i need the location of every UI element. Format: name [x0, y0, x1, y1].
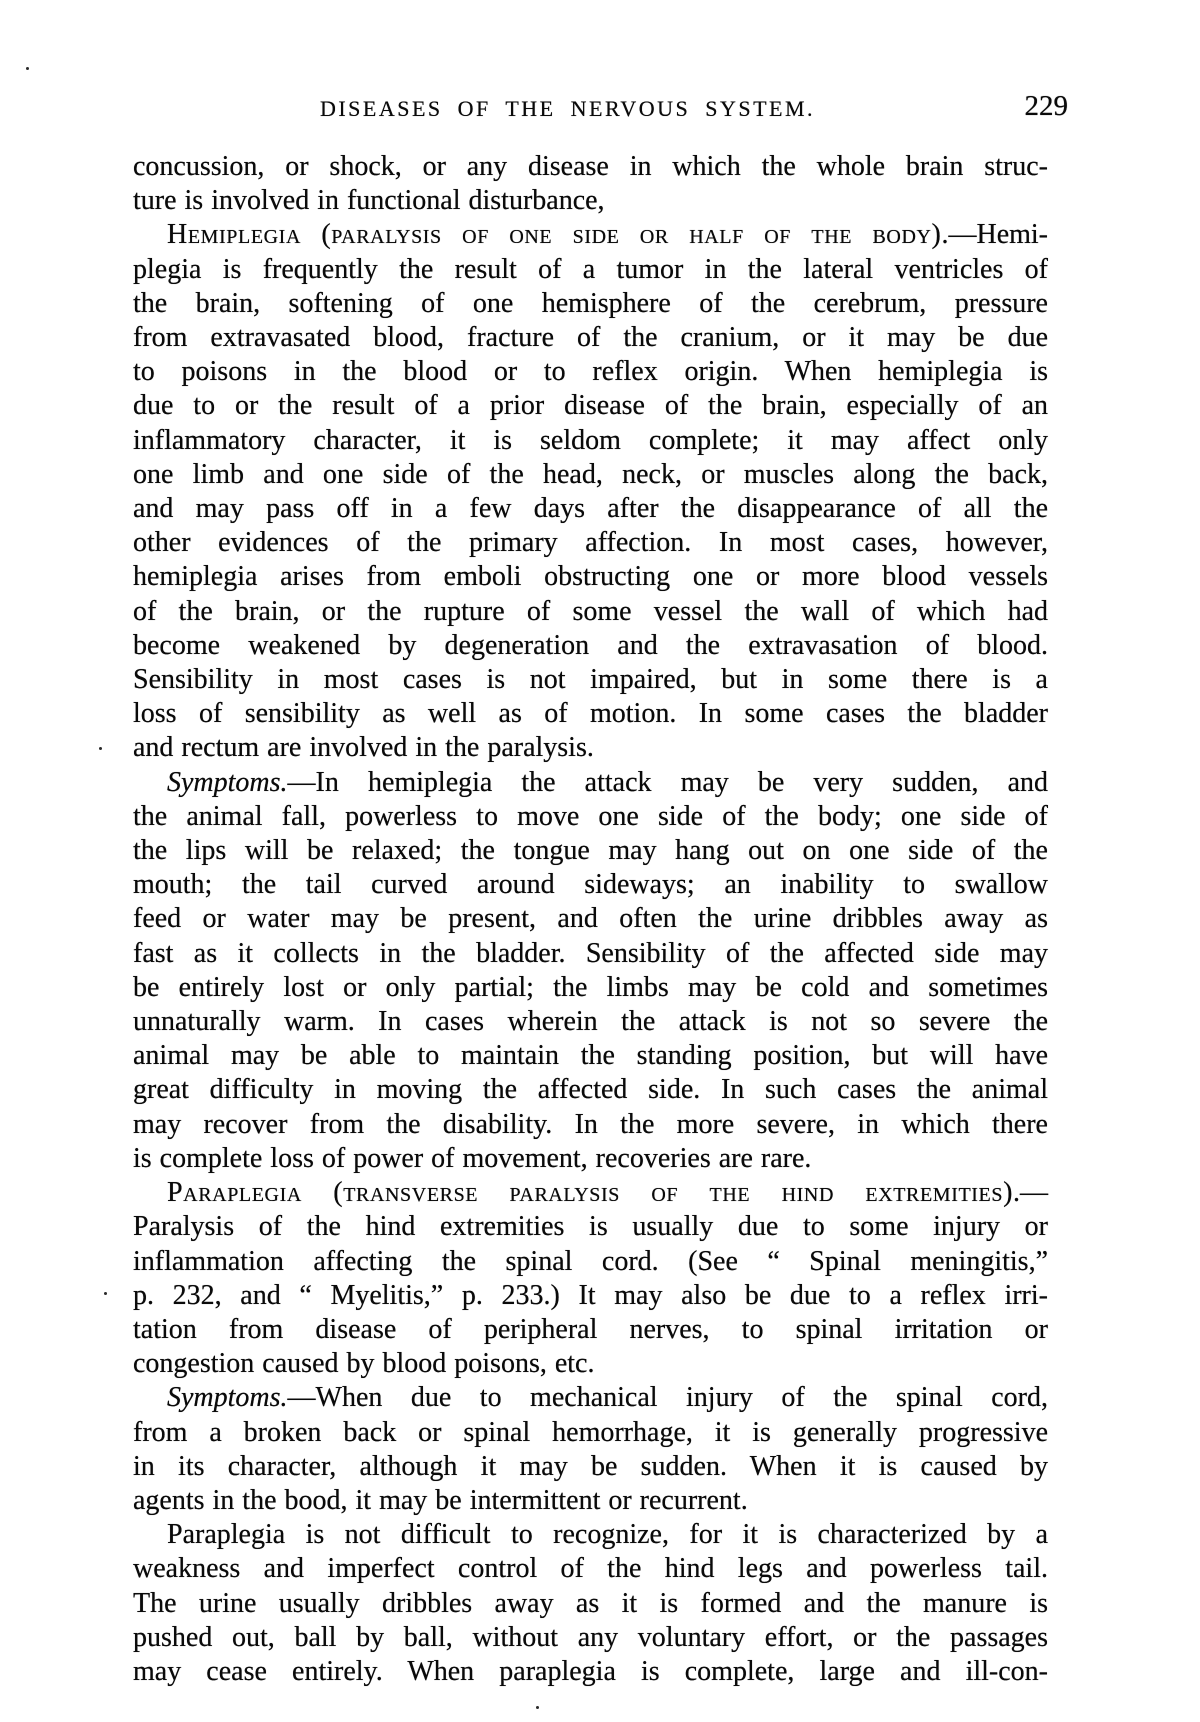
text-line: inflammatory character, it is seldom com…	[133, 424, 1048, 458]
text-line: of the brain, or the rupture of some ves…	[133, 595, 1048, 629]
text-line: the animal fall, powerless to move one s…	[133, 800, 1048, 834]
body-text: p. 232, and “ Myelitis,” p. 233.) It may…	[133, 1280, 1048, 1311]
text-line: congestion caused by blood poisons, etc.	[133, 1347, 1048, 1381]
body-text: loss of sensibility as well as of motion…	[133, 698, 1048, 729]
text-line: Paralysis of the hind extremities is usu…	[133, 1210, 1048, 1244]
text-line: is complete loss of power of movement, r…	[133, 1142, 1048, 1176]
smallcaps-heading-text: Paraplegia (transverse paralysis of the …	[167, 1177, 1013, 1208]
body-text: Sensibility in most cases is not impaire…	[133, 664, 1048, 695]
body-text: fast as it collects in the bladder. Sens…	[133, 938, 1048, 969]
text-line: ture is involved in functional disturban…	[133, 184, 1048, 218]
text-line: Symptoms.—In hemiplegia the attack may b…	[133, 766, 1048, 800]
text-line: The urine usually dribbles away as it is…	[133, 1587, 1048, 1621]
text-line: the lips will be relaxed; the tongue may…	[133, 834, 1048, 868]
smallcaps-heading-text: Hemiplegia (paralysis of one side or hal…	[167, 219, 941, 250]
scan-speck	[104, 1292, 107, 1295]
page-header: DISEASES OF THE NERVOUS SYSTEM.	[133, 96, 1048, 122]
text-line: may recover from the disability. In the …	[133, 1108, 1048, 1142]
italic-lead-text: Symptoms.	[167, 767, 288, 798]
paragraph: concussion, or shock, or any disease in …	[133, 150, 1048, 218]
body-text: from extravasated blood, fracture of the…	[133, 322, 1048, 353]
body-text: —In hemiplegia the attack may be very su…	[288, 767, 1048, 798]
paragraph: Symptoms.—In hemiplegia the attack may b…	[133, 766, 1048, 1176]
text-line: one limb and one side of the head, neck,…	[133, 458, 1048, 492]
text-line: feed or water may be present, and often …	[133, 902, 1048, 936]
text-line: great difficulty in moving the affected …	[133, 1073, 1048, 1107]
body-text: ture is involved in functional disturban…	[133, 185, 605, 216]
text-line: unnaturally warm. In cases wherein the a…	[133, 1005, 1048, 1039]
text-line: hemiplegia arises from emboli obstructin…	[133, 560, 1048, 594]
text-line: other evidences of the primary affection…	[133, 526, 1048, 560]
text-line: Symptoms.—When due to mechanical injury …	[133, 1381, 1048, 1415]
text-line: pushed out, ball by ball, without any vo…	[133, 1621, 1048, 1655]
body-text: from a broken back or spinal hemorrhage,…	[133, 1417, 1048, 1448]
scanned-book-page: { "page": { "header": { "title": "DISEAS…	[0, 0, 1200, 1722]
text-line: Sensibility in most cases is not impaire…	[133, 663, 1048, 697]
text-line: mouth; the tail curved around sideways; …	[133, 868, 1048, 902]
body-text: .—Hemi-	[941, 219, 1048, 250]
body-text: .—	[1013, 1177, 1048, 1208]
text-line: loss of sensibility as well as of motion…	[133, 697, 1048, 731]
text-line: Hemiplegia (paralysis of one side or hal…	[133, 218, 1048, 252]
body-text: congestion caused by blood poisons, etc.	[133, 1348, 594, 1379]
body-text: the lips will be relaxed; the tongue may…	[133, 835, 1048, 866]
body-text: may recover from the disability. In the …	[133, 1109, 1048, 1140]
text-line: in its character, although it may be sud…	[133, 1450, 1048, 1484]
body-text: be entirely lost or only partial; the li…	[133, 972, 1048, 1003]
body-text: —When due to mechanical injury of the sp…	[288, 1382, 1048, 1413]
body-text: may cease entirely. When paraplegia is c…	[133, 1656, 1048, 1687]
text-line: Paraplegia (transverse paralysis of the …	[133, 1176, 1048, 1210]
paragraph: Hemiplegia (paralysis of one side or hal…	[133, 218, 1048, 765]
body-text: one limb and one side of the head, neck,…	[133, 459, 1048, 490]
body-text: the animal fall, powerless to move one s…	[133, 801, 1048, 832]
text-line: and rectum are involved in the paralysis…	[133, 731, 1048, 765]
body-text: of the brain, or the rupture of some ves…	[133, 596, 1048, 627]
scan-speck	[536, 1706, 539, 1709]
text-line: concussion, or shock, or any disease in …	[133, 150, 1048, 184]
scan-speck	[26, 67, 29, 70]
body-text: agents in the bood, it may be intermitte…	[133, 1485, 748, 1516]
text-line: from a broken back or spinal hemorrhage,…	[133, 1416, 1048, 1450]
text-line: Paraplegia is not difficult to recognize…	[133, 1518, 1048, 1552]
paragraph: Paraplegia is not difficult to recognize…	[133, 1518, 1048, 1689]
paragraph: Paraplegia (transverse paralysis of the …	[133, 1176, 1048, 1381]
body-text: concussion, or shock, or any disease in …	[133, 151, 1048, 182]
body-text: inflammatory character, it is seldom com…	[133, 425, 1048, 456]
running-head-title: DISEASES OF THE NERVOUS SYSTEM.	[133, 96, 1002, 122]
body-text: The urine usually dribbles away as it is…	[133, 1588, 1048, 1619]
text-line: the brain, softening of one hemisphere o…	[133, 287, 1048, 321]
body-text: the brain, softening of one hemisphere o…	[133, 288, 1048, 319]
body-text: feed or water may be present, and often …	[133, 903, 1048, 934]
body-text: other evidences of the primary affection…	[133, 527, 1048, 558]
text-line: weakness and imperfect control of the hi…	[133, 1552, 1048, 1586]
text-line: be entirely lost or only partial; the li…	[133, 971, 1048, 1005]
text-line: fast as it collects in the bladder. Sens…	[133, 937, 1048, 971]
body-text: unnaturally warm. In cases wherein the a…	[133, 1006, 1048, 1037]
body-text: plegia is frequently the result of a tum…	[133, 254, 1048, 285]
text-line: plegia is frequently the result of a tum…	[133, 253, 1048, 287]
body-text: is complete loss of power of movement, r…	[133, 1143, 811, 1174]
body-text: in its character, although it may be sud…	[133, 1451, 1048, 1482]
italic-lead-text: Symptoms.	[167, 1382, 288, 1413]
body-text: Paralysis of the hind extremities is usu…	[133, 1211, 1048, 1242]
body-text: tation from disease of peripheral nerves…	[133, 1314, 1048, 1345]
body-text: hemiplegia arises from emboli obstructin…	[133, 561, 1048, 592]
body-text: due to or the result of a prior disease …	[133, 390, 1048, 421]
text-line: to poisons in the blood or to reflex ori…	[133, 355, 1048, 389]
body-text: become weakened by degeneration and the …	[133, 630, 1048, 661]
text-line: tation from disease of peripheral nerves…	[133, 1313, 1048, 1347]
body-text: and rectum are involved in the paralysis…	[133, 732, 594, 763]
body-text: to poisons in the blood or to reflex ori…	[133, 356, 1048, 387]
text-line: and may pass off in a few days after the…	[133, 492, 1048, 526]
page-number: 229	[1002, 90, 1068, 123]
body-text: Paraplegia is not difficult to recognize…	[167, 1519, 1048, 1550]
text-line: agents in the bood, it may be intermitte…	[133, 1484, 1048, 1518]
text-line: animal may be able to maintain the stand…	[133, 1039, 1048, 1073]
body-text: pushed out, ball by ball, without any vo…	[133, 1622, 1048, 1653]
scan-speck	[99, 747, 102, 750]
body-text: animal may be able to maintain the stand…	[133, 1040, 1048, 1071]
body-text: mouth; the tail curved around sideways; …	[133, 869, 1048, 900]
text-line: inflammation affecting the spinal cord. …	[133, 1245, 1048, 1279]
text-line: due to or the result of a prior disease …	[133, 389, 1048, 423]
body-text: and may pass off in a few days after the…	[133, 493, 1048, 524]
text-line: from extravasated blood, fracture of the…	[133, 321, 1048, 355]
body-text: inflammation affecting the spinal cord. …	[133, 1246, 1048, 1277]
text-line: become weakened by degeneration and the …	[133, 629, 1048, 663]
text-block: concussion, or shock, or any disease in …	[133, 150, 1048, 1689]
paragraph: Symptoms.—When due to mechanical injury …	[133, 1381, 1048, 1518]
text-line: p. 232, and “ Myelitis,” p. 233.) It may…	[133, 1279, 1048, 1313]
body-text: weakness and imperfect control of the hi…	[133, 1553, 1048, 1584]
body-text: great difficulty in moving the affected …	[133, 1074, 1048, 1105]
text-line: may cease entirely. When paraplegia is c…	[133, 1655, 1048, 1689]
